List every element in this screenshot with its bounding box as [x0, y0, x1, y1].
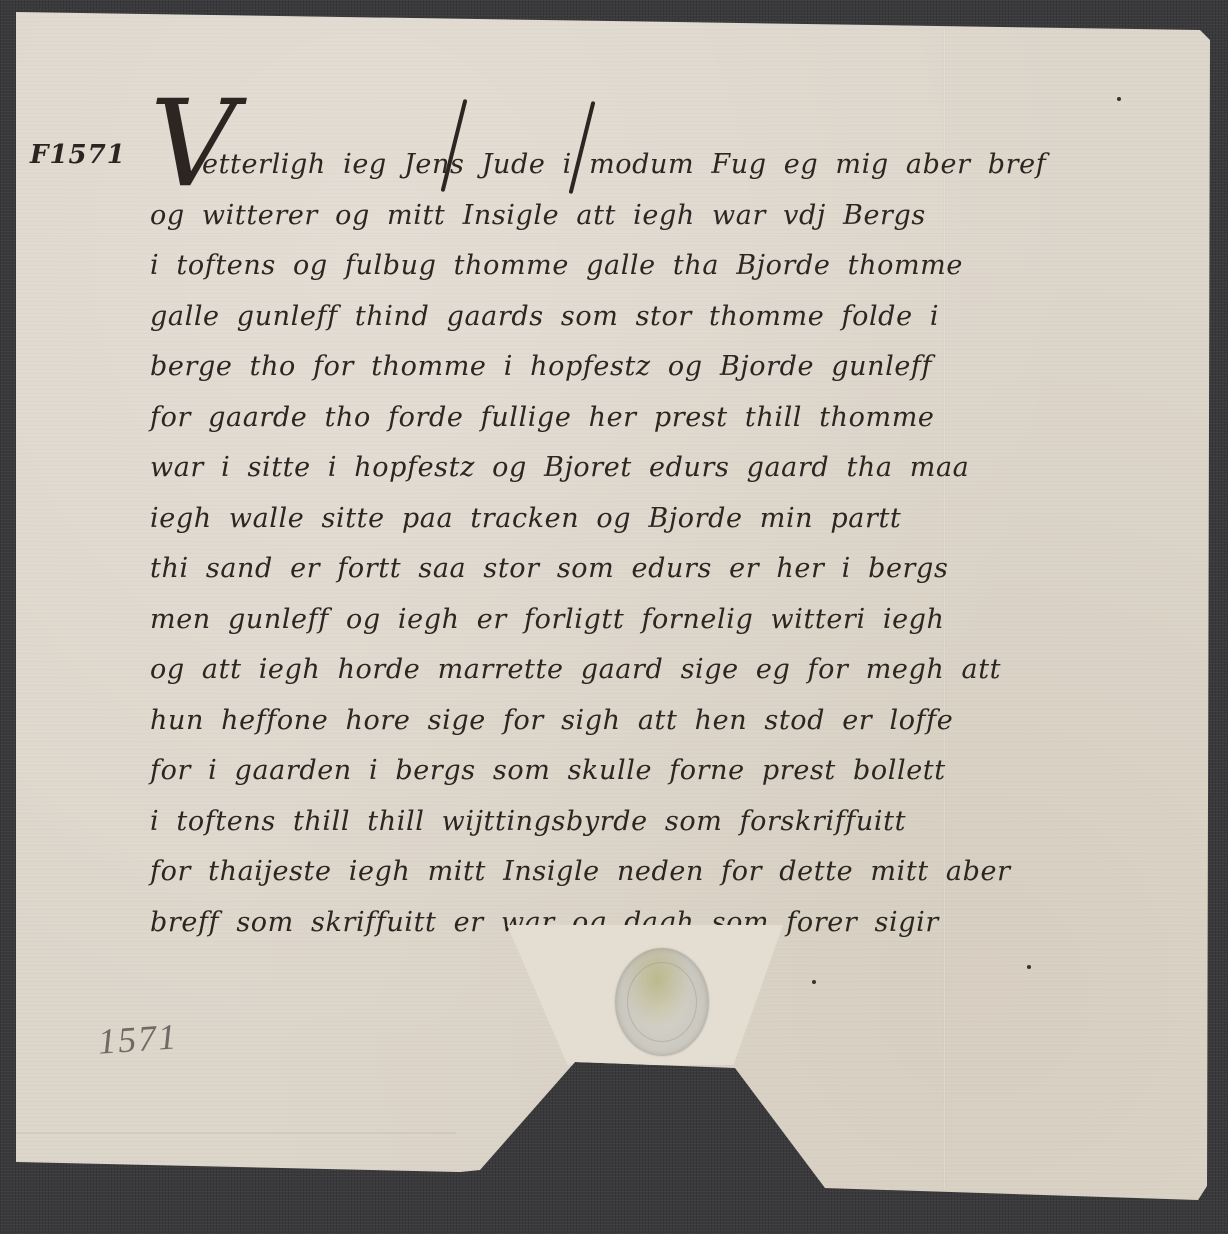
handwritten-body-text: etterligh ieg Jens Jude i modum Fug eg m… — [150, 140, 1190, 948]
text-line: berge tho for thomme i hopfestz og Bjord… — [150, 342, 1190, 393]
letter-paper: F1571 V etterligh ieg Jens Jude i modum … — [0, 0, 1228, 1234]
bottom-fold-crease — [16, 1132, 456, 1134]
seal-impression — [627, 962, 697, 1042]
text-line: og att iegh horde marrette gaard sige eg… — [150, 645, 1190, 696]
text-line: war i sitte i hopfestz og Bjoret edurs g… — [150, 443, 1190, 494]
margin-date-note: F1571 — [30, 140, 126, 170]
text-line: etterligh ieg Jens Jude i modum Fug eg m… — [150, 140, 1190, 191]
ink-speck — [812, 980, 816, 984]
text-line: for thaijeste iegh mitt Insigle neden fo… — [150, 847, 1190, 898]
text-line: hun heffone hore sige for sigh att hen s… — [150, 696, 1190, 747]
text-line: iegh walle sitte paa tracken og Bjorde m… — [150, 494, 1190, 545]
text-line: for i gaarden i bergs som skulle forne p… — [150, 746, 1190, 797]
wax-seal — [615, 948, 709, 1056]
ink-speck — [1117, 97, 1121, 101]
text-line: for gaarde tho forde fullige her prest t… — [150, 393, 1190, 444]
ink-speck — [1027, 965, 1031, 969]
text-line: i toftens thill thill wijttingsbyrde som… — [150, 797, 1190, 848]
text-line: og witterer og mitt Insigle att iegh war… — [150, 191, 1190, 242]
text-line: i toftens og fulbug thomme galle tha Bjo… — [150, 241, 1190, 292]
text-line: galle gunleff thind gaards som stor thom… — [150, 292, 1190, 343]
pencil-year-annotation: 1571 — [97, 1015, 180, 1062]
text-line: thi sand er fortt saa stor som edurs er … — [150, 544, 1190, 595]
text-line: men gunleff og iegh er forligtt fornelig… — [150, 595, 1190, 646]
